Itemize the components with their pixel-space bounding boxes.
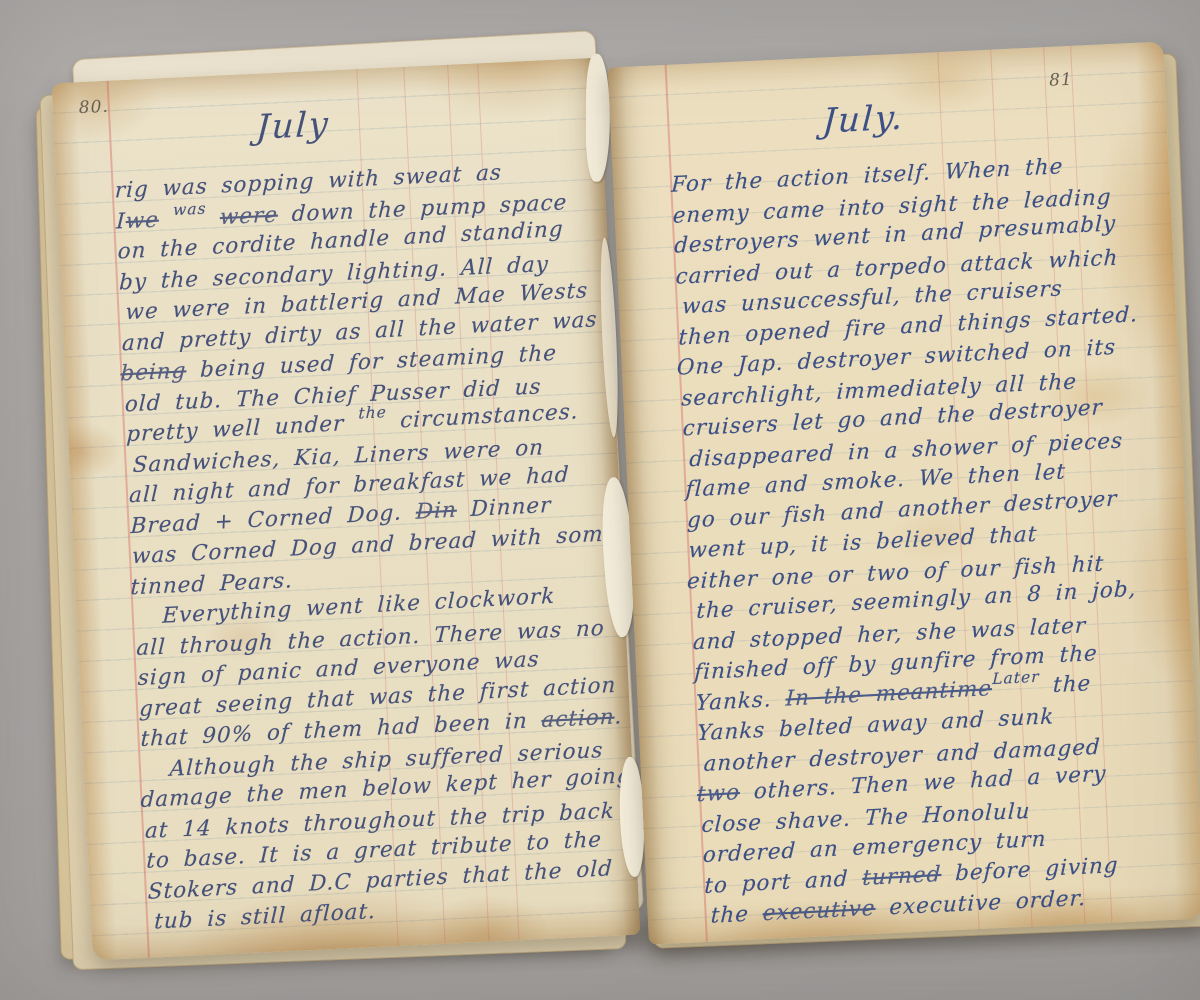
month-heading: July	[53, 91, 603, 157]
right-page-lines: For the action itself. When theenemy cam…	[671, 148, 1196, 933]
left-page-lines: rig was sopping with sweat asIwe was wer…	[114, 154, 631, 938]
photo-background: 80. July rig was sopping with sweat asIw…	[0, 0, 1200, 1000]
diary-page-right: 81 July. For the action itself. When the…	[608, 41, 1200, 944]
page-number: 81	[1049, 70, 1074, 91]
torn-paper-edge	[586, 54, 611, 182]
month-heading: July.	[609, 85, 1167, 151]
diary-page-left: 80. July rig was sopping with sweat asIw…	[52, 58, 641, 961]
